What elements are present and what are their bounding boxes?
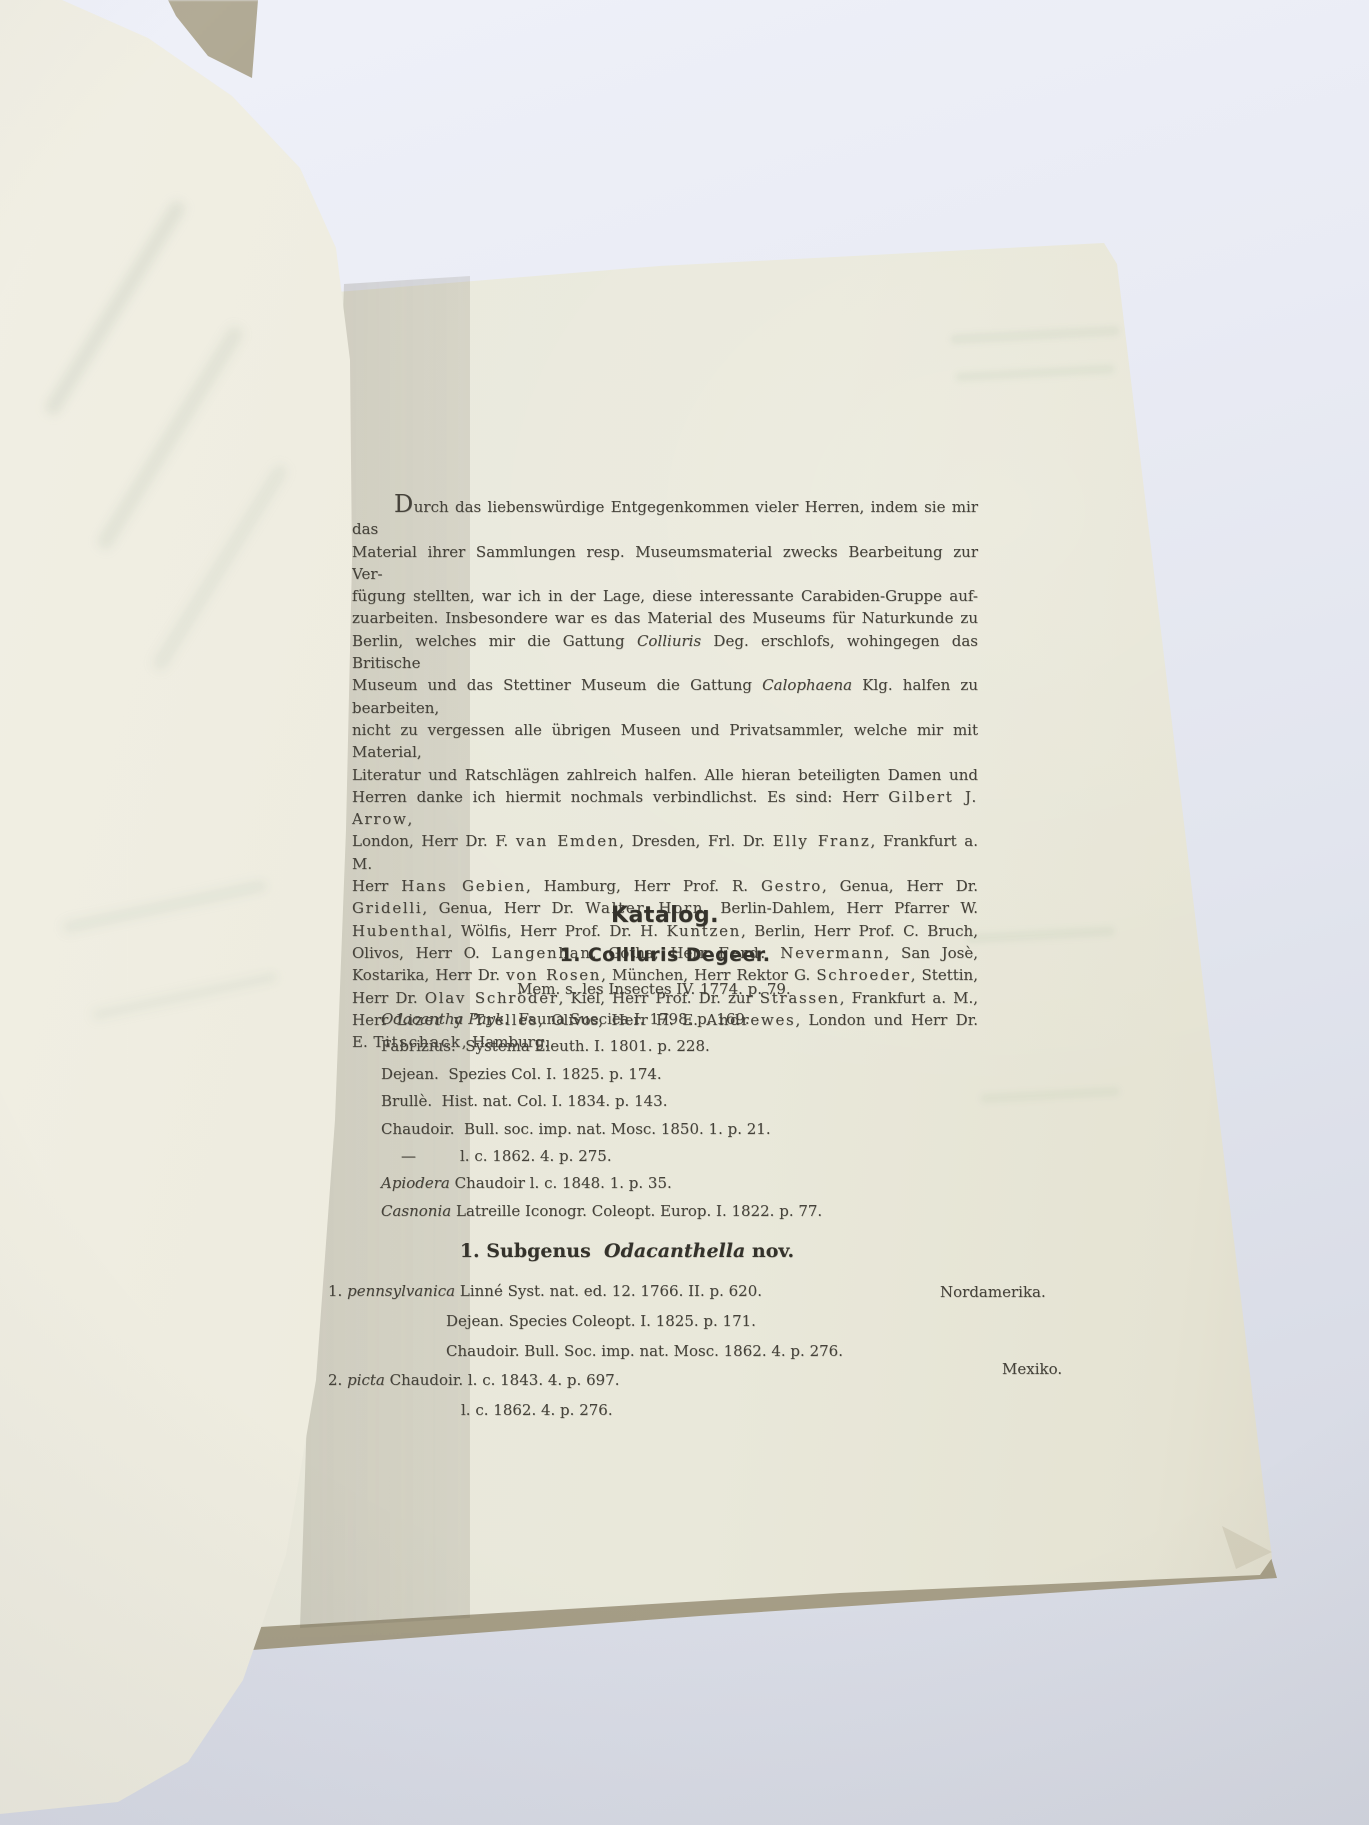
text-segment: Chaudoir. l. c. 1843. 4. p. 697. [385, 1371, 620, 1389]
text-segment: 1. [328, 1282, 347, 1300]
text-segment: Chaudoir. Bull. soc. imp. nat. Mosc. 185… [381, 1120, 771, 1138]
text-line: Chaudoir. Bull. soc. imp. nat. Mosc. 185… [381, 1116, 822, 1143]
text-line: Durch das liebenswürdige Entgegenkommen … [352, 496, 978, 541]
locality-label: Mexiko. [1002, 1355, 1062, 1385]
text-line: —l. c. 1862. 4. p. 275. [381, 1143, 822, 1170]
text-segment: , Hamburg, Herr Prof. R. [526, 877, 761, 895]
text-segment: Latreille Iconogr. Coleopt. Europ. I. 18… [451, 1202, 822, 1220]
text-segment: , Frankfurt a. M., [840, 989, 978, 1007]
text-segment: D [394, 490, 414, 518]
text-line: Dejean. Species Coleopt. I. 1825. p. 171… [328, 1307, 1088, 1337]
text-segment: picta [347, 1371, 385, 1389]
text-segment: , [408, 810, 413, 828]
text-line: l. c. 1862. 4. p. 276. [328, 1396, 1088, 1426]
subgenus-heading: 1. Subgenus Odacanthella nov. [352, 1240, 902, 1262]
text-segment: zuarbeiten. Insbesondere war es das Mate… [352, 609, 978, 627]
intro-paragraph: Durch das liebenswürdige Entgegenkommen … [352, 496, 978, 1053]
text-segment: l. c. 1862. 4. p. 276. [461, 1401, 613, 1419]
text-line: Material ihrer Sammlungen resp. Museumsm… [352, 541, 978, 586]
text-line: Brullè. Hist. nat. Col. I. 1834. p. 143. [381, 1088, 822, 1115]
text-line: Herr Hans Gebien, Hamburg, Herr Prof. R.… [352, 875, 978, 897]
text-segment: Fabrizius. Systema Eleuth. I. 1801. p. 2… [381, 1037, 710, 1055]
text-segment: Brullè. Hist. nat. Col. I. 1834. p. 143. [381, 1092, 668, 1110]
text-segment: Chaudoir. Bull. Soc. imp. nat. Mosc. 186… [446, 1342, 843, 1360]
text-segment: nicht zu vergessen alle übrigen Museen u… [352, 721, 978, 761]
species-list: 1. pennsylvanica Linné Syst. nat. ed. 12… [328, 1277, 1088, 1426]
reference-line: Mem. s. les Insectes IV. 1774. p. 79. [517, 980, 791, 998]
text-line: Dejean. Spezies Col. I. 1825. p. 174. [381, 1061, 822, 1088]
text-segment: Calophaena [762, 676, 852, 694]
text-segment: Apiodera [381, 1174, 450, 1192]
text-segment: Gestro [761, 877, 822, 895]
locality-label: Nordamerika. [940, 1278, 1046, 1308]
text-segment: Kostarika, Herr Dr. [352, 966, 506, 984]
text-line: Casnonia Latreille Iconogr. Coleopt. Eur… [381, 1198, 822, 1225]
text-line: Museum und das Stettiner Museum die Gatt… [352, 674, 978, 719]
book-photo: Durch das liebenswürdige Entgegenkommen … [0, 0, 1369, 1825]
text-segment: , London und Herr Dr. [795, 1011, 978, 1029]
text-line: Berlin, welches mir die Gattung Colliuri… [352, 630, 978, 675]
text-segment: van Emden [516, 832, 619, 850]
text-segment: Hans Gebien [401, 877, 526, 895]
text-line: Fabrizius. Systema Eleuth. I. 1801. p. 2… [381, 1033, 822, 1060]
text-line: nicht zu vergessen alle übrigen Museen u… [352, 719, 978, 764]
text-segment: Herr Dr. [352, 989, 425, 1007]
text-segment: Berlin, welches mir die Gattung [352, 632, 637, 650]
text-line: 1. Subgenus Odacanthella nov. [352, 1240, 902, 1262]
text-segment: nov. [745, 1240, 794, 1262]
text-segment: , Genua, Herr Dr. [822, 877, 978, 895]
text-segment: — [401, 1147, 416, 1165]
text-segment: Odacantha Payk. [381, 1010, 509, 1028]
text-line: 1. pennsylvanica Linné Syst. nat. ed. 12… [328, 1277, 1088, 1307]
text-segment: Museum und das Stettiner Museum die Gatt… [352, 676, 762, 694]
text-segment: 2. [328, 1371, 347, 1389]
text-segment: 1. Subgenus [460, 1240, 604, 1262]
text-segment: Herr [352, 877, 401, 895]
text-segment: Odacanthella [604, 1240, 745, 1262]
text-line: Odacantha Payk. Fauna Suecica I. 1798. p… [381, 1006, 822, 1033]
text-segment: fügung stellten, war ich in der Lage, di… [352, 587, 978, 605]
text-segment: Dejean. Spezies Col. I. 1825. p. 174. [381, 1065, 662, 1083]
text-segment: Fauna Suecica I. 1798. p. 169. [509, 1010, 750, 1028]
text-segment: Literatur und Ratschlägen zahlreich half… [352, 766, 978, 784]
text-segment: , Stettin, [911, 966, 978, 984]
text-segment: Material ihrer Sammlungen resp. Museumsm… [352, 543, 978, 583]
text-segment: E. [352, 1033, 373, 1051]
text-segment: Elly Franz [773, 832, 871, 850]
text-segment: Dejean. Species Coleopt. I. 1825. p. 171… [446, 1312, 756, 1330]
synonym-list: Odacantha Payk. Fauna Suecica I. 1798. p… [381, 1006, 822, 1225]
text-segment: Chaudoir l. c. 1848. 1. p. 35. [450, 1174, 672, 1192]
text-segment: pennsylvanica [347, 1282, 455, 1300]
text-segment: Colliuris [637, 632, 701, 650]
text-segment: London, Herr Dr. F. [352, 832, 516, 850]
text-line: 2. picta Chaudoir. l. c. 1843. 4. p. 697… [328, 1366, 1088, 1396]
genus-heading: 1. Colliuris Degeer. [352, 944, 978, 966]
text-line: zuarbeiten. Insbesondere war es das Mate… [352, 607, 978, 629]
text-line: Literatur und Ratschlägen zahlreich half… [352, 764, 978, 786]
text-segment: Casnonia [381, 1202, 451, 1220]
catalog-heading: Katalog. [352, 903, 978, 928]
text-line: Apiodera Chaudoir l. c. 1848. 1. p. 35. [381, 1170, 822, 1197]
text-line: London, Herr Dr. F. van Emden, Dresden, … [352, 830, 978, 875]
text-segment: Schroeder [816, 966, 910, 984]
text-segment: , Dresden, Frl. Dr. [619, 832, 773, 850]
text-line: Herren danke ich hiermit nochmals verbin… [352, 786, 978, 831]
text-segment: l. c. 1862. 4. p. 275. [460, 1147, 612, 1165]
text-line: fügung stellten, war ich in der Lage, di… [352, 585, 978, 607]
text-line: Chaudoir. Bull. Soc. imp. nat. Mosc. 186… [328, 1337, 1088, 1367]
text-segment: urch das liebenswürdige Entgegenkommen v… [352, 498, 978, 538]
text-segment: Herren danke ich hiermit nochmals verbin… [352, 788, 888, 806]
text-segment: Linné Syst. nat. ed. 12. 1766. II. p. 62… [455, 1282, 762, 1300]
